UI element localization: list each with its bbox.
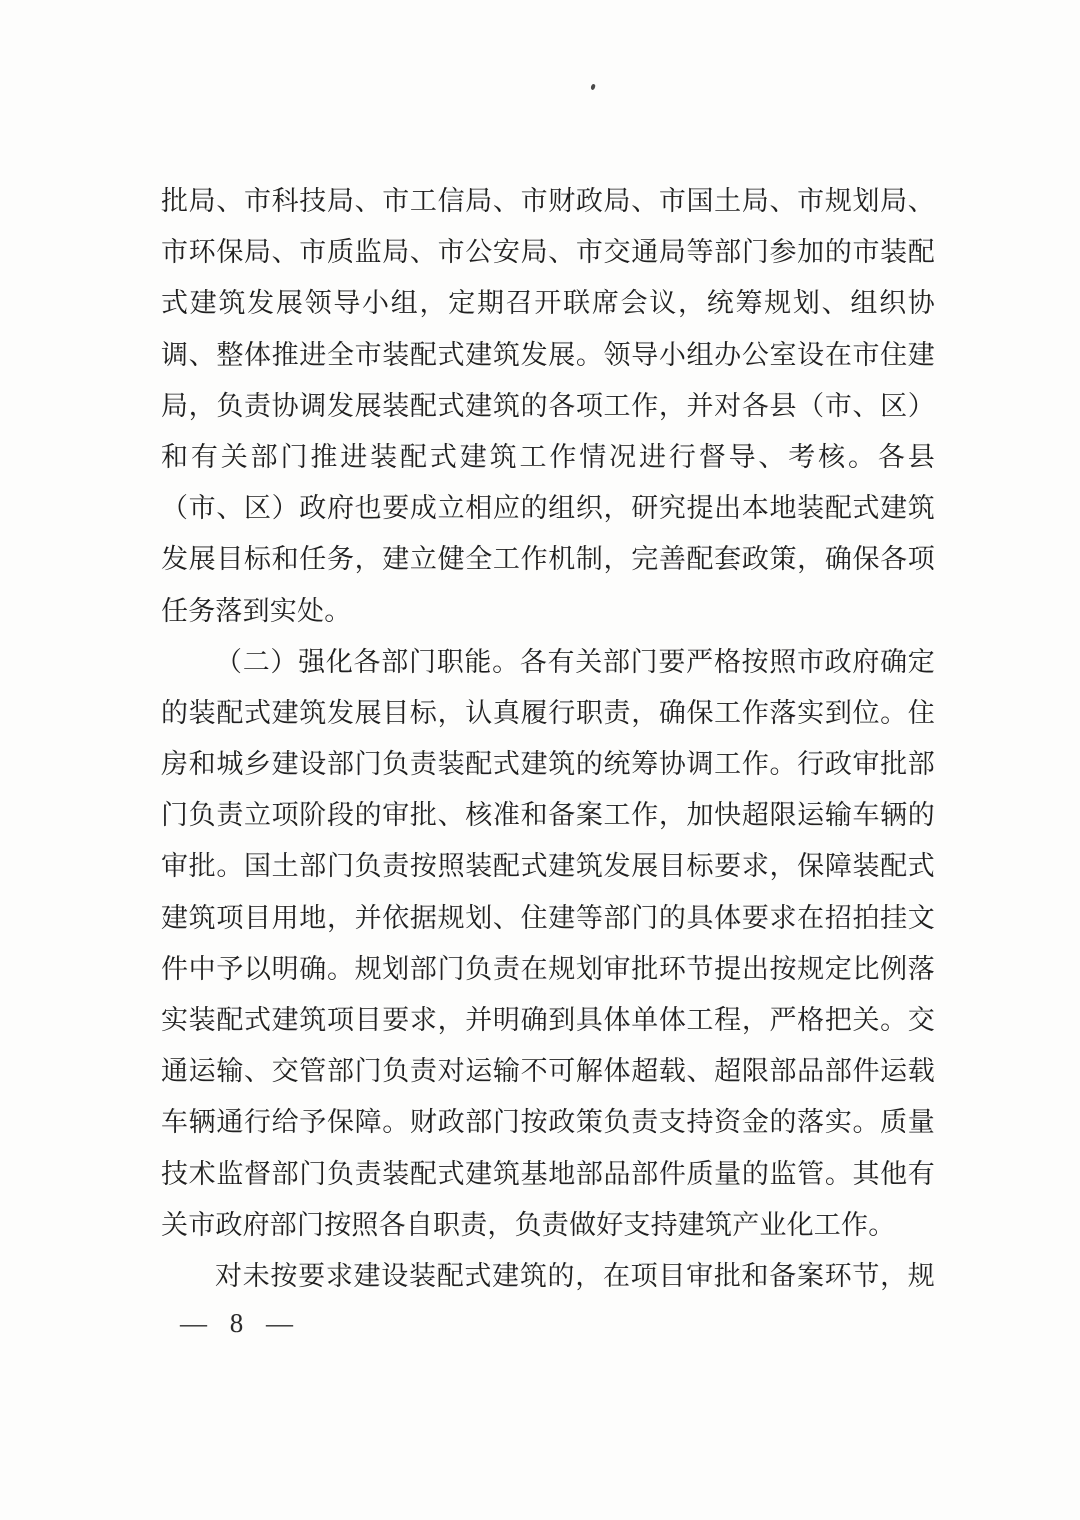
- text-line: 车辆通行给予保障。财政部门按政策负责支持资金的落实。质量: [161, 1097, 935, 1148]
- page-number: — 8 —: [180, 1308, 296, 1339]
- text-line: 批局、市科技局、市工信局、市财政局、市国土局、市规划局、: [161, 176, 935, 227]
- scan-artifact-speck: [590, 84, 595, 91]
- text-line: 局，负责协调发展装配式建筑的各项工作，并对各县（市、区）: [161, 381, 935, 432]
- document-page: 批局、市科技局、市工信局、市财政局、市国土局、市规划局、 市环保局、市质监局、市…: [0, 0, 1080, 1520]
- text-line: 技术监督部门负责装配式建筑基地部品部件质量的监管。其他有: [161, 1149, 935, 1200]
- text-line: 发展目标和任务，建立健全工作机制，完善配套政策，确保各项: [161, 534, 935, 585]
- text-line: （市、区）政府也要成立相应的组织，研究提出本地装配式建筑: [161, 483, 935, 534]
- text-line: 式建筑发展领导小组，定期召开联席会议，统筹规划、组织协: [161, 278, 935, 329]
- text-line: 件中予以明确。规划部门负责在规划审批环节提出按规定比例落: [161, 944, 935, 995]
- text-line: 通运输、交管部门负责对运输不可解体超载、超限部品部件运载: [161, 1046, 935, 1097]
- text-line: 实装配式建筑项目要求，并明确到具体单体工程，严格把关。交: [161, 995, 935, 1046]
- text-line: 门负责立项阶段的审批、核准和备案工作，加快超限运输车辆的: [161, 790, 935, 841]
- text-line: 的装配式建筑发展目标，认真履行职责，确保工作落实到位。住: [161, 688, 935, 739]
- text-line: 建筑项目用地，并依据规划、住建等部门的具体要求在招拍挂文: [161, 893, 935, 944]
- text-line: 市环保局、市质监局、市公安局、市交通局等部门参加的市装配: [161, 227, 935, 278]
- text-line: 和有关部门推进装配式建筑工作情况进行督导、考核。各县: [161, 432, 935, 483]
- text-line paragraph-start: （二）强化各部门职能。各有关部门要严格按照市政府确定: [161, 637, 935, 688]
- document-text-block: 批局、市科技局、市工信局、市财政局、市国土局、市规划局、 市环保局、市质监局、市…: [161, 176, 935, 1302]
- text-line: 审批。国土部门负责按照装配式建筑发展目标要求，保障装配式: [161, 841, 935, 892]
- text-line: 调、整体推进全市装配式建筑发展。领导小组办公室设在市住建: [161, 330, 935, 381]
- text-line paragraph-end: 任务落到实处。: [161, 586, 935, 637]
- text-line paragraph-end: 关市政府部门按照各自职责，负责做好支持建筑产业化工作。: [161, 1200, 935, 1251]
- text-line: 房和城乡建设部门负责装配式建筑的统筹协调工作。行政审批部: [161, 739, 935, 790]
- text-line paragraph-start: 对未按要求建设装配式建筑的，在项目审批和备案环节，规: [161, 1251, 935, 1302]
